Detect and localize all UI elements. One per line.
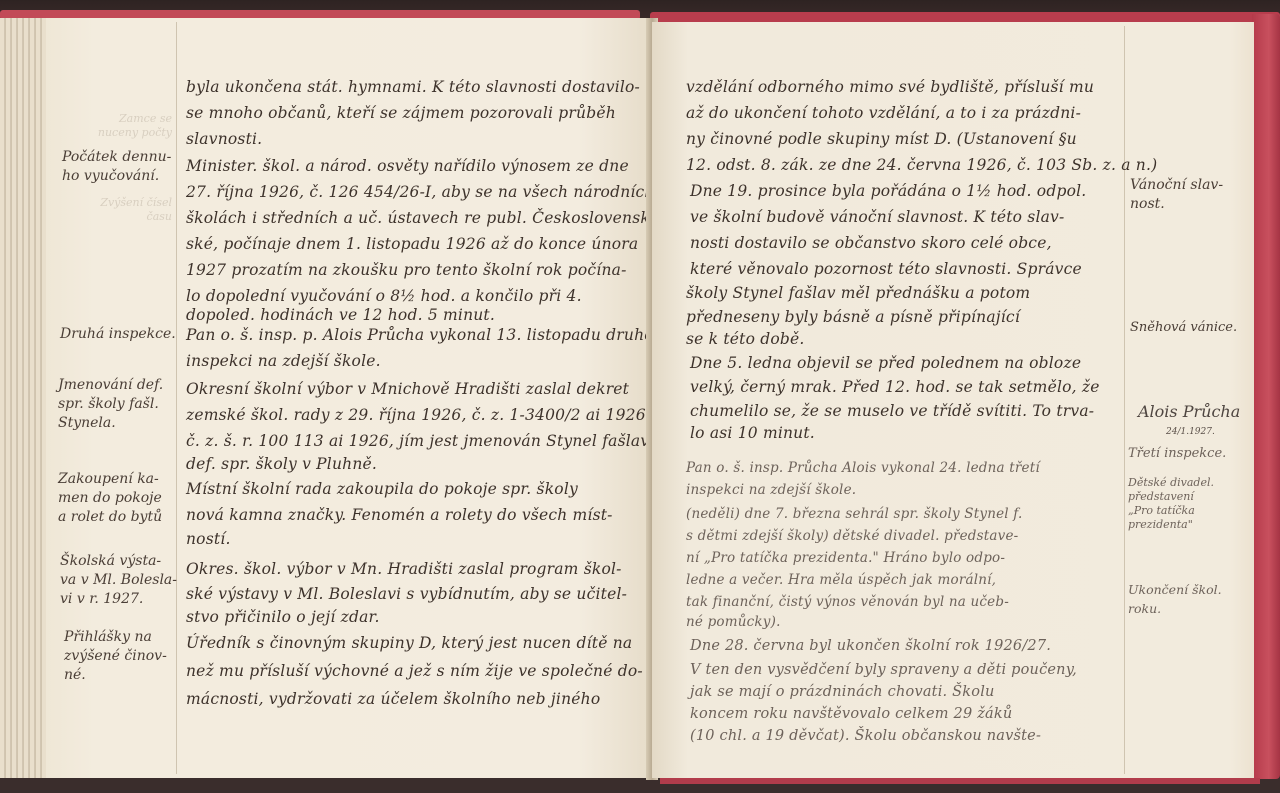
text-line: 1927 prozatím na zkoušku pro tento školn…	[186, 261, 627, 279]
text-line: se k této době.	[686, 330, 805, 348]
text-line: Dne 5. ledna objevil se před polednem na…	[690, 354, 1081, 372]
text-line: Místní školní rada zakoupila do pokoje s…	[186, 480, 578, 498]
text-line: ny činovné podle skupiny míst D. (Ustano…	[686, 130, 1077, 148]
margin-note-third-inspection: Třetí inspekce.	[1128, 444, 1248, 463]
margin-note-appointment: Jmenování def. spr. školy fašl. Stynela.	[58, 376, 178, 433]
bleed-through-text: Zvýšení čísel času	[80, 196, 172, 224]
cover-edge-bottom	[660, 778, 1260, 784]
text-line: ve školní budově vánoční slavnost. K tét…	[690, 208, 1064, 226]
text-line: nosti dostavilo se občanstvo skoro celé …	[690, 234, 1052, 252]
text-line: lo asi 10 minut.	[690, 424, 815, 442]
text-line: ledne a večer. Hra měla úspěch jak morál…	[686, 572, 996, 588]
cover-spine-right	[1252, 14, 1280, 779]
text-line: se mnoho občanů, kteří se zájmem pozorov…	[186, 104, 616, 122]
text-line: lo dopolední vyučování o 8½ hod. a konči…	[186, 287, 582, 305]
text-line: až do ukončení tohoto vzdělání, a to i z…	[686, 104, 1081, 122]
margin-note-snowstorm: Sněhová vánice.	[1130, 318, 1254, 337]
text-line: Minister. škol. a národ. osvěty nařídilo…	[186, 157, 629, 175]
signature-date: 24/1.1927.	[1166, 427, 1215, 437]
margin-note-second-inspection: Druhá inspekce.	[60, 325, 178, 344]
text-line: tak finanční, čistý výnos věnován byl na…	[686, 594, 1009, 610]
text-line: def. spr. školy v Pluhně.	[186, 455, 377, 473]
text-line: nová kamna značky. Fenomén a rolety do v…	[186, 506, 613, 524]
text-line: (neděli) dne 7. března sehrál spr. školy…	[686, 506, 1023, 522]
text-line: které věnovalo pozornost této slavnosti.…	[690, 260, 1082, 278]
margin-note-school-exhibition: Školská výsta- va v Ml. Bolesla- vi v r.…	[60, 552, 180, 609]
text-line: č. z. š. r. 100 113 ai 1926, jím jest jm…	[186, 432, 649, 450]
text-line: s dětmi zdejší školy) dětské divadel. př…	[686, 528, 1018, 544]
text-line: né pomůcky).	[686, 614, 781, 630]
margin-note-theatre: Dětské divadel. představení „Pro tatíčka…	[1128, 476, 1252, 532]
cover-edge-right	[650, 12, 1280, 22]
margin-note-school-year-end: Ukončení škol. roku.	[1128, 580, 1248, 618]
text-line: předneseny byly básně a písně připínajíc…	[686, 308, 1020, 326]
text-line: Pan o. š. insp. Průcha Alois vykonal 24.…	[686, 460, 1040, 476]
text-line: jak se mají o prázdninách chovati. Školu	[690, 684, 995, 700]
text-line: Úředník s činovným skupiny D, který jest…	[186, 634, 632, 652]
text-line: Okresní školní výbor v Mnichově Hradišti…	[186, 380, 629, 398]
inspector-signature: Alois Průcha	[1138, 402, 1240, 421]
page-stack-edge	[0, 18, 48, 778]
text-line: (10 chl. a 19 děvčat). Školu občanskou n…	[690, 728, 1041, 744]
text-line: ní „Pro tatíčka prezidenta." Hráno bylo …	[686, 550, 1005, 566]
text-line: školách i středních a uč. ústavech re pu…	[186, 209, 664, 227]
text-line: mácnosti, vydržovati za účelem školního …	[186, 690, 600, 708]
text-line: 27. října 1926, č. 126 454/26-I, aby se …	[186, 183, 655, 201]
text-line: zemské škol. rady z 29. října 1926, č. z…	[186, 406, 651, 424]
margin-note-lesson-start: Počátek dennu- ho vyučování.	[62, 148, 177, 186]
text-line: než mu přísluší výchovné a jež s ním žij…	[186, 662, 643, 680]
text-line: slavnosti.	[186, 130, 262, 148]
text-line: ností.	[186, 530, 231, 548]
margin-note-christmas: Vánoční slav- nost.	[1130, 176, 1248, 214]
text-line: inspekci na zdejší škole.	[186, 352, 381, 370]
margin-rule-right	[1124, 26, 1125, 774]
text-line: ské, počínaje dnem 1. listopadu 1926 až …	[186, 235, 638, 253]
text-line: Dne 28. června byl ukončen školní rok 19…	[690, 638, 1051, 654]
text-line: Pan o. š. insp. p. Alois Průcha vykonal …	[186, 326, 664, 344]
text-line: dopoled. hodinách ve 12 hod. 5 minut.	[186, 306, 495, 324]
text-line: ské výstavy v Ml. Boleslavi s vybídnutím…	[186, 585, 627, 603]
text-line: 12. odst. 8. zák. ze dne 24. června 1926…	[686, 156, 1157, 174]
margin-note-stove-purchase: Zakoupení ka- men do pokoje a rolet do b…	[58, 470, 178, 527]
text-line: koncem roku navštěvovalo celkem 29 žáků	[690, 706, 1012, 722]
text-line: inspekci na zdejší škole.	[686, 482, 856, 498]
margin-note-applications: Přihlášky na zvýšené činov- né.	[64, 628, 180, 685]
text-line: stvo přičinilo o její zdar.	[186, 608, 380, 626]
text-line: V ten den vysvědčení byly spraveny a dět…	[690, 662, 1077, 678]
text-line: velký, černý mrak. Před 12. hod. se tak …	[690, 378, 1100, 396]
text-line: Dne 19. prosince byla pořádána o 1½ hod.…	[690, 182, 1086, 200]
text-line: byla ukončena stát. hymnami. K této slav…	[186, 78, 640, 96]
text-line: Okres. škol. výbor v Mn. Hradišti zaslal…	[186, 560, 622, 578]
text-line: školy Stynel fašlav měl přednášku a poto…	[686, 284, 1030, 302]
text-line: vzdělání odborného mimo své bydliště, př…	[686, 78, 1094, 96]
text-line: chumelilo se, že se muselo ve třídě svít…	[690, 402, 1094, 420]
bleed-through-text: Zamce se nuceny počty	[80, 112, 172, 140]
